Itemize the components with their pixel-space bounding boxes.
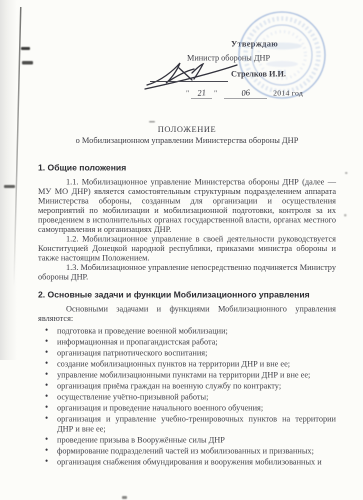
approver-name: Стрелков И.И. [231, 69, 286, 79]
section-2-intro: Основными задачами и функциями Мобилизац… [38, 304, 336, 323]
approval-date: " 21 " 06 2014 год [186, 88, 303, 99]
list-item: подготовка и проведение военной мобилиза… [57, 326, 336, 336]
scan-speck [149, 121, 155, 123]
date-close-quote: " [214, 89, 217, 98]
scan-edge-shadow [0, 0, 17, 360]
date-open-quote: " [186, 89, 189, 98]
document-title: ПОЛОЖЕНИЕ [38, 124, 336, 135]
list-item: создание мобилизационных пунктов на терр… [57, 359, 336, 369]
paragraph-1-3: 1.3. Мобилизационное управление непосред… [38, 263, 336, 282]
list-item: организация снабжения обмундирования и в… [57, 457, 336, 467]
list-item: проведение призыва в Вооружённые силы ДН… [57, 435, 336, 445]
date-month-handwritten: 06 [241, 88, 250, 99]
signature-line [150, 65, 228, 82]
list-item: управление мобилизационными пунктами на … [57, 370, 336, 380]
document-body: ПОЛОЖЕНИЕ о Мобилизационном управлении М… [38, 124, 336, 468]
scanned-document-page: Утверждаю Министр обороны ДНР №1 [0, 0, 363, 500]
scan-speck [122, 496, 127, 499]
list-item: осуществление учётно-призывной работы; [57, 392, 336, 402]
list-item: организация и проведение начального воен… [57, 403, 336, 413]
list-item: информационная и пропагандистская работа… [57, 337, 336, 347]
scan-speck [21, 47, 30, 50]
list-item: формирование подразделений частей из моб… [57, 446, 336, 456]
scan-speck [345, 172, 348, 174]
date-day-handwritten: 21 [197, 88, 206, 99]
paragraph-1-1: 1.1. Мобилизационное управление Министер… [38, 177, 336, 234]
scan-speck [22, 61, 33, 65]
scan-speck [4, 185, 15, 188]
document-subtitle: о Мобилизационном управлении Министерств… [38, 135, 336, 146]
scan-speck [344, 214, 347, 217]
list-item: организация приёма граждан на военную сл… [57, 381, 336, 391]
list-item: организация патриотического воспитания; [57, 348, 336, 358]
section-1-heading: 1. Общие положения [38, 162, 336, 173]
document-sheet: Утверждаю Министр обороны ДНР №1 [0, 0, 363, 500]
date-year: 2014 год [273, 89, 303, 98]
list-item: организация и управление учебно-трениров… [57, 414, 336, 434]
section-2-heading: 2. Основные задачи и функции Мобилизацио… [38, 289, 336, 300]
tasks-list: подготовка и проведение военной мобилиза… [38, 326, 336, 467]
paragraph-1-2: 1.2. Мобилизационное управление в своей … [38, 234, 336, 263]
